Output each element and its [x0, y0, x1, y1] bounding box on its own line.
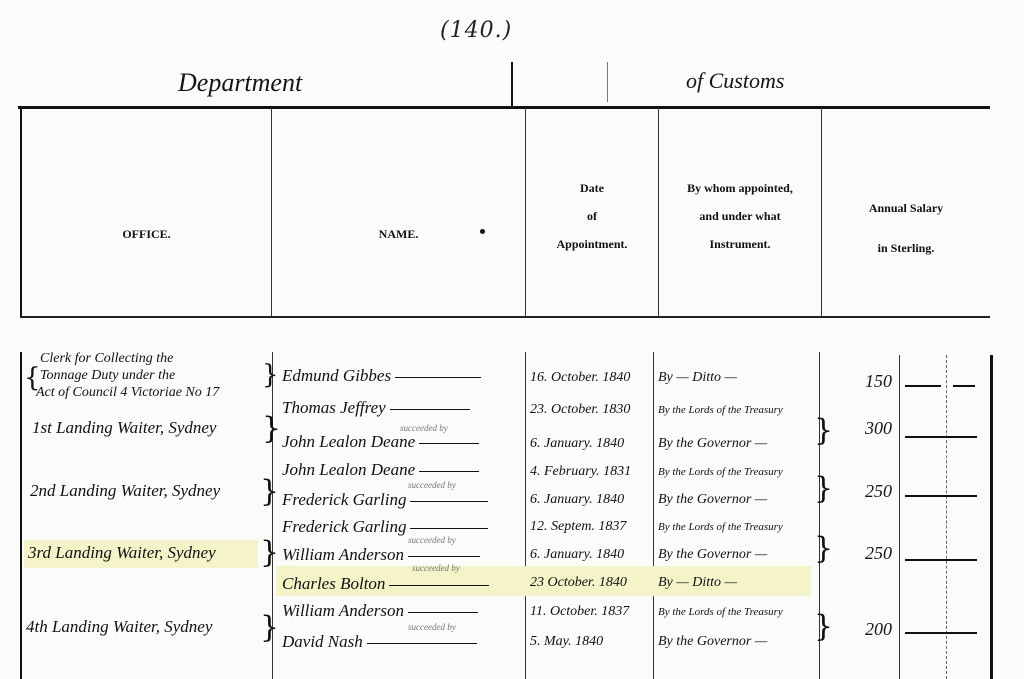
office-3rd-landing-waiter: 3rd Landing Waiter, Sydney	[28, 543, 216, 563]
office-line: Tonnage Duty under the	[36, 367, 219, 384]
name-text: Thomas Jeffrey	[282, 398, 386, 417]
brace-right: }	[260, 538, 279, 568]
brace-right: }	[262, 362, 279, 388]
appointed-cell: By the Lords of the Treasury	[658, 521, 783, 533]
brace-left: {	[24, 365, 41, 391]
date-cell: 6. January. 1840	[530, 436, 624, 452]
fill-dash	[419, 443, 479, 444]
office-clerk-tonnage: Clerk for Collecting the Tonnage Duty un…	[36, 350, 219, 401]
name-cell: Charles Bolton	[282, 574, 489, 594]
header-salary: Annual Salary in Sterling.	[822, 188, 990, 268]
date-cell: 23 October. 1840	[530, 575, 627, 591]
fill-dash	[410, 501, 488, 502]
heading-divider	[511, 62, 513, 106]
date-cell: 23. October. 1830	[530, 402, 630, 418]
name-cell: Thomas Jeffrey	[282, 398, 470, 418]
heading-divider-light	[607, 62, 608, 102]
name-text: John Lealon Deane	[282, 432, 415, 451]
brace-right: }	[262, 414, 281, 444]
date-cell: 6. January. 1840	[530, 547, 624, 563]
name-text: William Anderson	[282, 545, 404, 564]
header-salary-line: in Sterling.	[822, 228, 990, 268]
name-cell: Frederick Garling	[282, 490, 488, 510]
name-cell: Edmund Gibbes	[282, 366, 481, 386]
fill-dash	[389, 585, 489, 586]
appointed-cell: By the Governor —	[658, 492, 767, 508]
salary-dash	[905, 385, 941, 387]
salary-value: 250	[832, 543, 892, 564]
name-text: Charles Bolton	[282, 574, 385, 593]
name-text: William Anderson	[282, 601, 404, 620]
appointed-cell: By the Lords of the Treasury	[658, 466, 783, 478]
body-col-line	[653, 352, 654, 679]
office-2nd-landing-waiter: 2nd Landing Waiter, Sydney	[30, 481, 220, 501]
header-col-line	[20, 108, 22, 318]
salary-dash	[905, 495, 977, 497]
appointed-cell: By the Governor —	[658, 634, 767, 650]
brace-right: }	[814, 416, 833, 446]
date-cell: 6. January. 1840	[530, 492, 624, 508]
brace-right: }	[260, 477, 279, 507]
appointed-cell: By the Governor —	[658, 547, 767, 563]
salary-dash	[905, 559, 977, 561]
name-text: Frederick Garling	[282, 517, 406, 536]
brace-right: }	[260, 613, 279, 643]
name-cell: John Lealon Deane	[282, 432, 479, 452]
salary-dash	[905, 632, 977, 634]
date-cell: 4. February. 1831	[530, 464, 631, 480]
date-cell: 5. May. 1840	[530, 634, 603, 650]
salary-pence-line	[946, 355, 947, 679]
succession-note: succeeded by	[412, 563, 460, 573]
appointed-cell: By — Ditto —	[658, 575, 737, 591]
department-heading-right: of Customs	[686, 68, 784, 94]
name-cell: John Lealon Deane	[282, 460, 479, 480]
name-cell: David Nash	[282, 632, 477, 652]
brace-right: }	[814, 612, 833, 642]
header-date-line: Appointment.	[526, 230, 658, 258]
fill-dash	[410, 528, 488, 529]
date-cell: 16. October. 1840	[530, 370, 630, 386]
fill-dash	[367, 643, 477, 644]
salary-dash	[953, 385, 975, 387]
bullet-mark	[480, 229, 485, 234]
date-cell: 11. October. 1837	[530, 604, 629, 620]
fill-dash	[390, 409, 470, 410]
salary-dash	[905, 436, 977, 438]
appointed-cell: By the Lords of the Treasury	[658, 606, 783, 618]
header-appointed-line: and under what	[659, 202, 821, 230]
header-appointed-line: By whom appointed,	[659, 174, 821, 202]
name-cell: William Anderson	[282, 545, 480, 565]
fill-dash	[408, 556, 480, 557]
salary-value: 200	[832, 619, 892, 640]
succession-note: succeeded by	[408, 622, 456, 632]
name-cell: Frederick Garling	[282, 517, 488, 537]
name-text: Frederick Garling	[282, 490, 406, 509]
header-bottom-rule	[20, 316, 990, 318]
appointed-cell: By the Lords of the Treasury	[658, 404, 783, 416]
salary-col-line	[899, 355, 900, 679]
date-cell: 12. Septem. 1837	[530, 519, 626, 535]
fill-dash	[419, 471, 479, 472]
fill-dash	[408, 612, 478, 613]
page-number: (140.)	[440, 18, 512, 43]
succession-note: succeeded by	[408, 480, 456, 490]
salary-value: 300	[832, 418, 892, 439]
name-text: David Nash	[282, 632, 363, 651]
office-line: Clerk for Collecting the	[36, 350, 219, 367]
brace-right: }	[814, 534, 833, 564]
brace-right: }	[814, 474, 833, 504]
header-date-line: of	[526, 202, 658, 230]
salary-value: 250	[832, 481, 892, 502]
header-name: NAME.	[272, 220, 525, 248]
name-cell: William Anderson	[282, 601, 478, 621]
header-appointed-line: Instrument.	[659, 230, 821, 258]
body-col-line	[525, 352, 526, 679]
appointed-cell: By — Ditto —	[658, 370, 737, 386]
office-4th-landing-waiter: 4th Landing Waiter, Sydney	[26, 617, 212, 637]
name-text: Edmund Gibbes	[282, 366, 391, 385]
body-col-line	[20, 352, 22, 679]
succession-note: succeeded by	[408, 535, 456, 545]
header-appointed-by: By whom appointed, and under what Instru…	[659, 174, 821, 258]
table-top-rule	[18, 106, 990, 109]
header-office: OFFICE.	[22, 220, 271, 248]
body-right-border	[990, 355, 993, 679]
fill-dash	[395, 377, 481, 378]
header-date-line: Date	[526, 174, 658, 202]
office-1st-landing-waiter: 1st Landing Waiter, Sydney	[32, 418, 216, 438]
header-salary-line: Annual Salary	[822, 188, 990, 228]
office-line: Act of Council 4 Victoriae No 17	[36, 384, 219, 401]
header-date: Date of Appointment.	[526, 174, 658, 258]
header-col-line	[271, 108, 272, 318]
department-heading-left: Department	[178, 68, 302, 98]
appointed-cell: By the Governor —	[658, 436, 767, 452]
name-text: John Lealon Deane	[282, 460, 415, 479]
salary-value: 150	[832, 371, 892, 392]
